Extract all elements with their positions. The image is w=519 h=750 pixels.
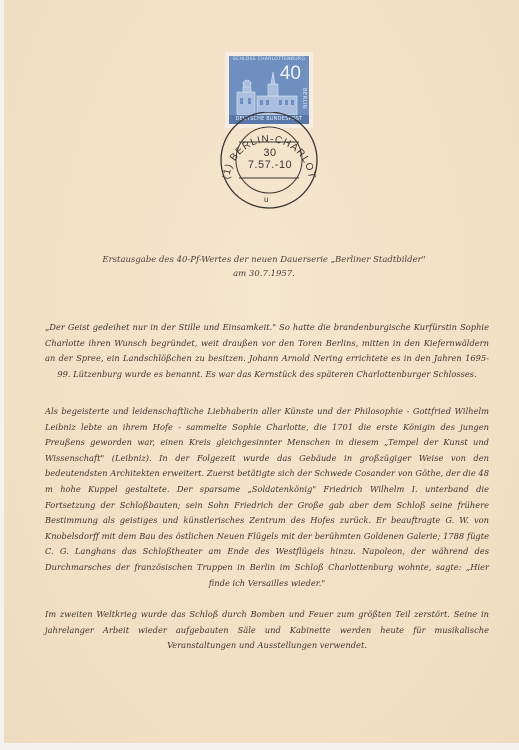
postmark: (1) BERLIN-CHARLOTTENBURG 2 30 7.57.-10 … <box>210 112 328 212</box>
commemorative-sheet: SCHLOSS CHARLOTTENBURG 40 BE <box>4 0 519 743</box>
paragraph-3: Im zweiten Weltkrieg wurde das Schloß du… <box>45 607 489 654</box>
paragraph-text: „Der Geist gedeihet nur in der Stille un… <box>45 320 489 382</box>
heading-line-1: Erstausgabe des 40-Pf-Wertes der neuen D… <box>44 255 484 265</box>
stamp-city: BERLIN <box>301 88 307 109</box>
paragraph-text: Als begeisterte und leidenschaftliche Li… <box>45 404 489 591</box>
stamp-top-inscription: SCHLOSS CHARLOTTENBURG <box>229 57 309 62</box>
paragraph-text: Im zweiten Weltkrieg wurde das Schloß du… <box>45 607 489 654</box>
postmark-code: u <box>264 195 268 204</box>
postmark-date: 30 7.57.-10 <box>240 147 300 171</box>
paragraph-1: „Der Geist gedeihet nur in der Stille un… <box>45 320 489 382</box>
stamp-value: 40 <box>280 63 301 85</box>
paragraph-2: Als begeisterte und leidenschaftliche Li… <box>45 404 489 591</box>
heading-line-2: am 30.7.1957. <box>44 269 484 279</box>
